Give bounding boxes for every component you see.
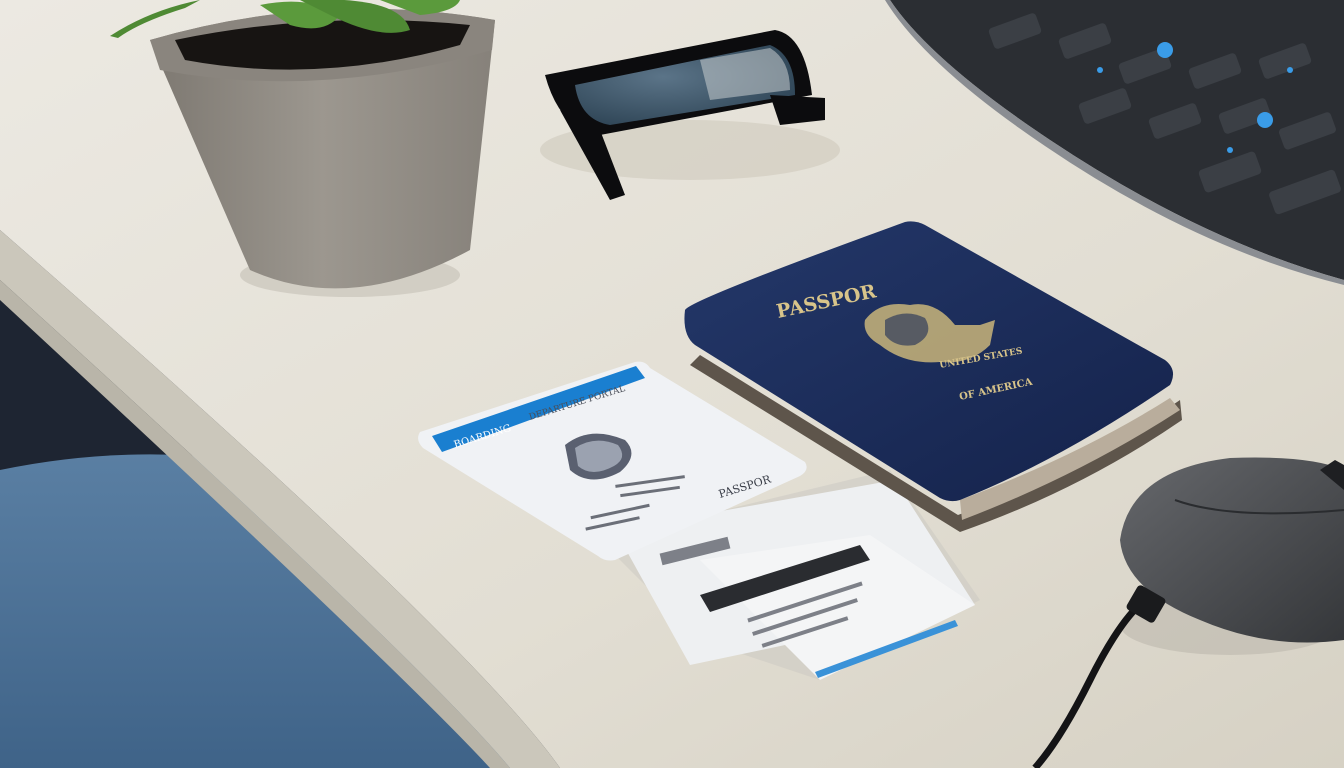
scene-illustration: BOARDING DEPARTURE PORTAL PASSPOR PASSPO… — [0, 0, 1344, 768]
desk-scene: BOARDING DEPARTURE PORTAL PASSPOR PASSPO… — [0, 0, 1344, 768]
